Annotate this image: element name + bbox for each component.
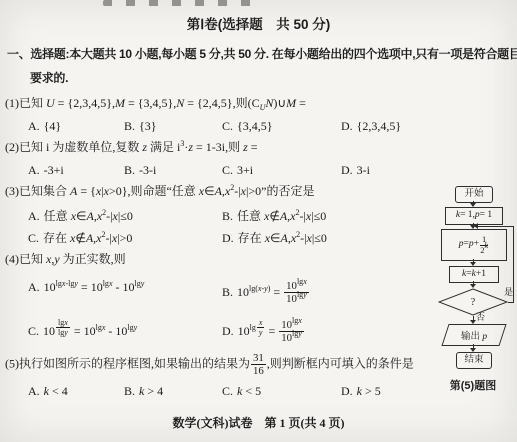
flow-loop-line: [475, 226, 513, 227]
flow-loop-line: [508, 302, 514, 303]
flowchart: 开始 k = 1,p = 1 p = p+12k k = k+1 ? 是 否 输…: [427, 183, 517, 398]
option-text: {4}: [44, 119, 62, 133]
question-3-option-d: D.存在 x∈A,x2-|x|≤0: [222, 229, 327, 246]
option-label: B.: [222, 285, 233, 299]
question-5-option-d: D.k > 5: [341, 384, 381, 399]
section-intro-line1: 一、选择题:本大题共 10 小题,每小题 5 分,共 50 分. 在每小题给出的…: [7, 47, 517, 62]
flow-accumulate-box: p = p+12k: [441, 229, 507, 261]
option-label: D.: [341, 384, 353, 398]
arrow-left-icon: [474, 223, 478, 229]
flow-increment-box: k = k+1: [449, 266, 499, 283]
option-label: C.: [222, 163, 233, 177]
question-5-option-c: C.k < 5: [222, 384, 261, 399]
option-label: C.: [222, 384, 233, 398]
question-4-option-c: C.10lgxlgy = 10lgx - 10lgy: [28, 318, 137, 339]
question-2-option-b: B.-3-i: [124, 163, 156, 178]
flow-end-terminator: 结束: [456, 352, 492, 369]
page-title: 第Ⅰ卷(选择题 共 50 分): [0, 13, 517, 33]
option-text: k < 4: [44, 384, 68, 398]
question-1-option-a: A.{4}: [28, 119, 61, 134]
question-1-option-c: C.{3,4,5}: [222, 119, 273, 134]
option-label: D.: [341, 163, 353, 177]
option-label: D.: [222, 324, 234, 338]
option-text: 10lgxy = 10lgx10lgy: [238, 324, 305, 338]
option-text: {3,4,5}: [237, 119, 273, 133]
question-1-option-b: B.{3}: [124, 119, 157, 134]
question-3-option-a: A.任意 x∈A,x2-|x|≤0: [28, 207, 133, 224]
option-text: 存在 x∈A,x2-|x|≤0: [238, 231, 327, 245]
question-5-stem: (5)执行如图所示的程序框图,如果输出的结果为3116,则判断框内可填入的条件是: [5, 352, 414, 378]
option-text: 10lg(x-y) = 10lgx10lgy: [237, 285, 310, 299]
flow-decision-label: ?: [438, 288, 508, 316]
question-2-stem: (2)已知 i 为虚数单位,复数 z 满足 i3·z = 1-3i,则 z =: [5, 140, 258, 155]
option-label: C.: [222, 119, 233, 133]
option-text: 10lgxlgy = 10lgx - 10lgy: [43, 324, 137, 338]
option-label: B.: [124, 163, 135, 177]
option-text: 任意 x∉A,x2-|x|≤0: [237, 209, 326, 223]
flowchart-caption: 第(5)题图: [427, 377, 517, 393]
option-label: A.: [28, 280, 40, 294]
option-label: A.: [28, 163, 40, 177]
flow-output-label: 输出 p: [461, 328, 487, 342]
option-label: B.: [222, 209, 233, 223]
question-2-option-d: D.3-i: [341, 163, 370, 178]
option-text: 10lgx-lgy = 10lgx - 10lgy: [44, 280, 145, 294]
option-text: 存在 x∉A,x2-|x|>0: [43, 231, 132, 245]
question-4-stem: (4)已知 x,y 为正实数,则: [5, 252, 126, 267]
option-label: D.: [222, 231, 234, 245]
option-text: k > 4: [139, 384, 163, 398]
option-text: {2,3,4,5}: [357, 119, 402, 133]
question-1-stem: (1)已知 U = {2,3,4,5},M = {3,4,5},N = {2,4…: [5, 96, 306, 111]
question-3-stem: (3)已知集合 A = {x|x>0},则命题“任意 x∈A,x2-|x|>0”…: [5, 184, 314, 199]
cropped-text-remnant: [103, 0, 263, 6]
option-text: {3}: [139, 119, 157, 133]
section-intro-line2: 要求的.: [30, 71, 68, 86]
question-4-option-b: B.10lg(x-y) = 10lgx10lgy: [222, 280, 310, 306]
flow-yes-label: 是: [504, 288, 513, 297]
question-2-option-c: C.3+i: [222, 163, 253, 178]
option-text: 3-i: [357, 163, 370, 177]
option-label: C.: [28, 324, 39, 338]
exam-page: 第Ⅰ卷(选择题 共 50 分) 一、选择题:本大题共 10 小题,每小题 5 分…: [0, 0, 517, 442]
option-text: 3+i: [237, 163, 253, 177]
option-label: A.: [28, 209, 40, 223]
option-text: k < 5: [237, 384, 261, 398]
flow-loop-line: [513, 226, 514, 302]
option-label: D.: [341, 119, 353, 133]
question-5-option-a: A.k < 4: [28, 384, 68, 399]
question-3-option-b: B.任意 x∉A,x2-|x|≤0: [222, 207, 326, 224]
question-2-option-a: A.-3+i: [28, 163, 64, 178]
option-text: -3+i: [44, 163, 64, 177]
question-4-option-a: A.10lgx-lgy = 10lgx - 10lgy: [28, 280, 144, 295]
question-3-option-c: C.存在 x∉A,x2-|x|>0: [28, 229, 132, 246]
option-text: k > 5: [357, 384, 381, 398]
question-4-option-d: D.10lgxy = 10lgx10lgy: [222, 318, 305, 345]
flow-start-terminator: 开始: [455, 186, 493, 203]
flow-output-parallelogram: 输出 p: [441, 324, 506, 346]
option-label: C.: [28, 231, 39, 245]
option-text: -3-i: [139, 163, 156, 177]
option-label: A.: [28, 119, 40, 133]
question-5-option-b: B.k > 4: [124, 384, 163, 399]
option-text: 任意 x∈A,x2-|x|≤0: [44, 209, 133, 223]
question-1-option-d: D.{2,3,4,5}: [341, 119, 401, 134]
option-label: B.: [124, 119, 135, 133]
flow-no-label: 否: [476, 313, 485, 322]
page-footer: 数学(文科)试卷 第 1 页(共 4 页): [0, 414, 517, 431]
option-label: B.: [124, 384, 135, 398]
option-label: A.: [28, 384, 40, 398]
